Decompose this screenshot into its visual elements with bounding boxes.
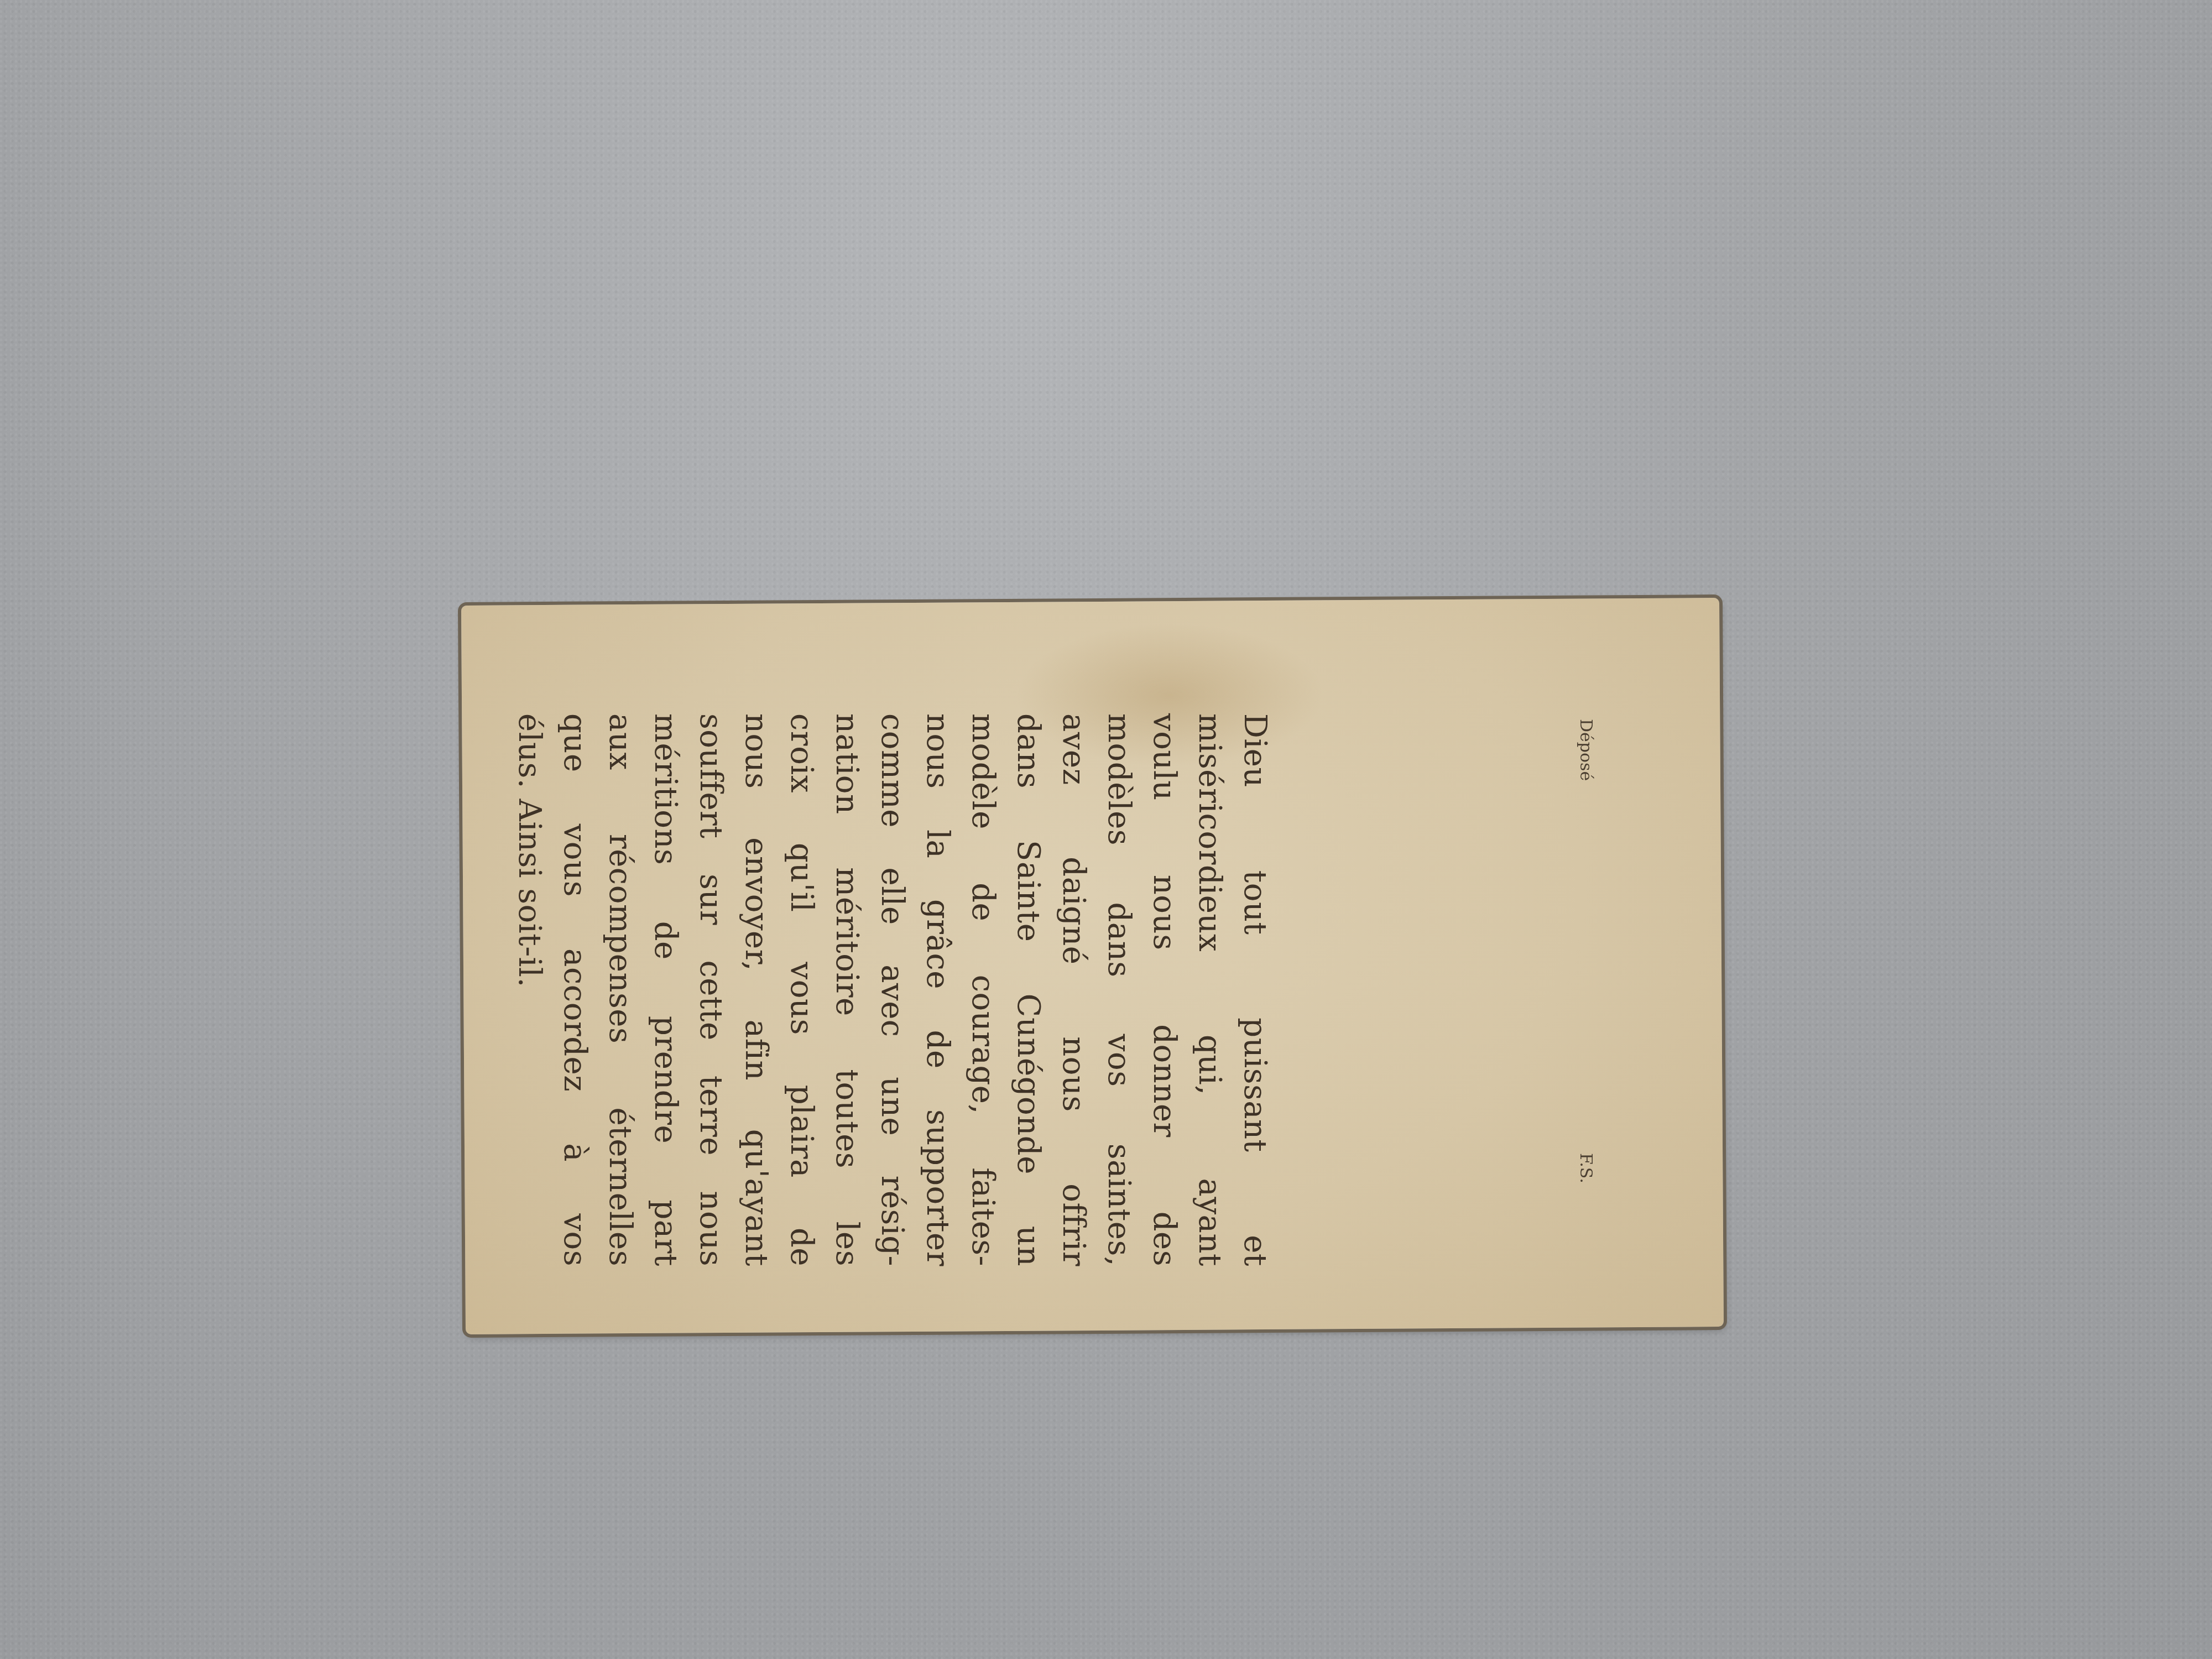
- prayer-text-rotated: Dieu tout puissant et miséricordieux qui…: [507, 713, 1277, 1266]
- prayer-line: miséricordieux qui, ayant: [1187, 713, 1232, 1266]
- prayer-line-amen: élus. Ainsi soit-il.: [507, 713, 552, 1266]
- deposit-mark: Déposé: [1576, 719, 1595, 781]
- prayer-line: méritions de prendre part: [643, 713, 688, 1266]
- prayer-line: aux récompenses éternelles: [597, 713, 643, 1266]
- prayer-line: dans Sainte Cunégonde un: [1005, 713, 1051, 1266]
- prayer-line: voulu nous donner des: [1141, 713, 1187, 1266]
- prayer-line: nous la grâce de supporter: [915, 713, 960, 1266]
- prayer-line: souffert sur cette terre nous: [688, 713, 733, 1266]
- prayer-line: comme elle avec une résig-: [869, 713, 915, 1266]
- printer-initials: F.S.: [1576, 1153, 1595, 1183]
- prayer-line: croix qu'il vous plaira de: [779, 713, 824, 1266]
- prayer-line: nous envoyer, afin qu'ayant: [733, 713, 779, 1266]
- prayer-line: Dieu tout puissant et: [1232, 713, 1277, 1266]
- prayer-line: avez daigné nous offrir: [1051, 713, 1096, 1266]
- prayer-line: nation méritoire toutes les: [824, 713, 869, 1266]
- prayer-line: modèle de courage, faites-: [960, 713, 1005, 1266]
- prayer-line: modèles dans vos saintes,: [1096, 713, 1141, 1266]
- prayer-line: que vous accordez à vos: [552, 713, 597, 1266]
